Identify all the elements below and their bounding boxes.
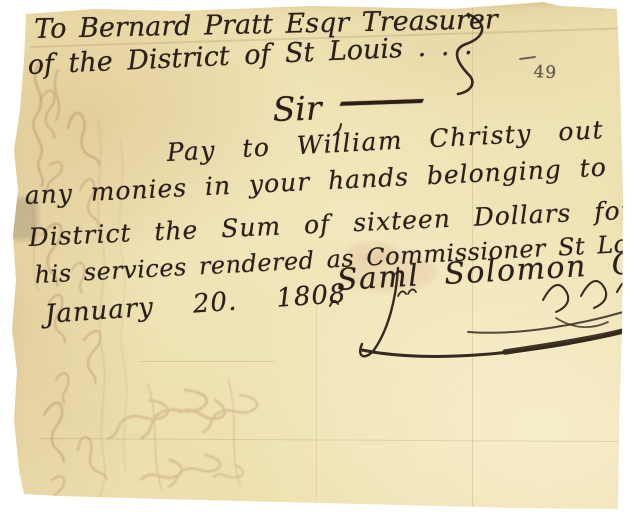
scan-background: To Bernard Pratt Esqr Treasurer of the D… xyxy=(0,0,640,527)
archive-number: 49 xyxy=(533,62,558,83)
showthrough-bottom-middle xyxy=(103,380,260,490)
date-line: January 20. 1808 xyxy=(44,279,347,330)
fold-crease-horizontal-middle xyxy=(140,361,275,362)
salutation-dash: — xyxy=(335,79,429,121)
pencil-dash-mark xyxy=(519,56,536,60)
salutation-line: Sir— xyxy=(272,87,369,129)
fold-crease-vertical-center xyxy=(316,300,317,498)
document-paper: To Bernard Pratt Esqr Treasurer of the D… xyxy=(0,0,640,527)
salutation-text: Sir xyxy=(272,88,322,129)
fold-crease-horizontal-bottom xyxy=(40,438,620,442)
showthrough-top-left-scribble xyxy=(30,62,59,290)
